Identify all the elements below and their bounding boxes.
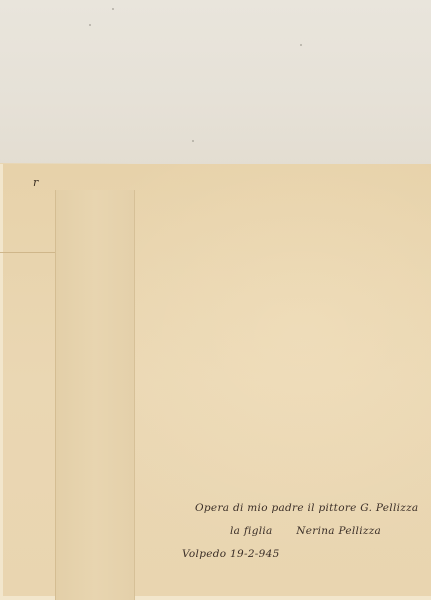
speck — [192, 140, 194, 142]
inscription-place-date: Volpedo 19-2-945 — [182, 548, 280, 560]
speck — [89, 24, 91, 26]
signature: Nerina Pellizza — [296, 525, 381, 537]
speck — [112, 8, 114, 10]
inscription-line-1: Opera di mio padre il pittore G. Pellizz… — [195, 502, 418, 514]
inscription-prefix: la figlia — [230, 525, 273, 537]
left-paper-panel — [0, 180, 60, 253]
speck — [300, 44, 302, 46]
top-paper-sheet — [0, 0, 431, 168]
corner-mark: r — [33, 176, 38, 189]
vertical-tape-strip — [55, 190, 135, 600]
inscription-line-2: la figlia Nerina Pellizza — [230, 525, 381, 537]
